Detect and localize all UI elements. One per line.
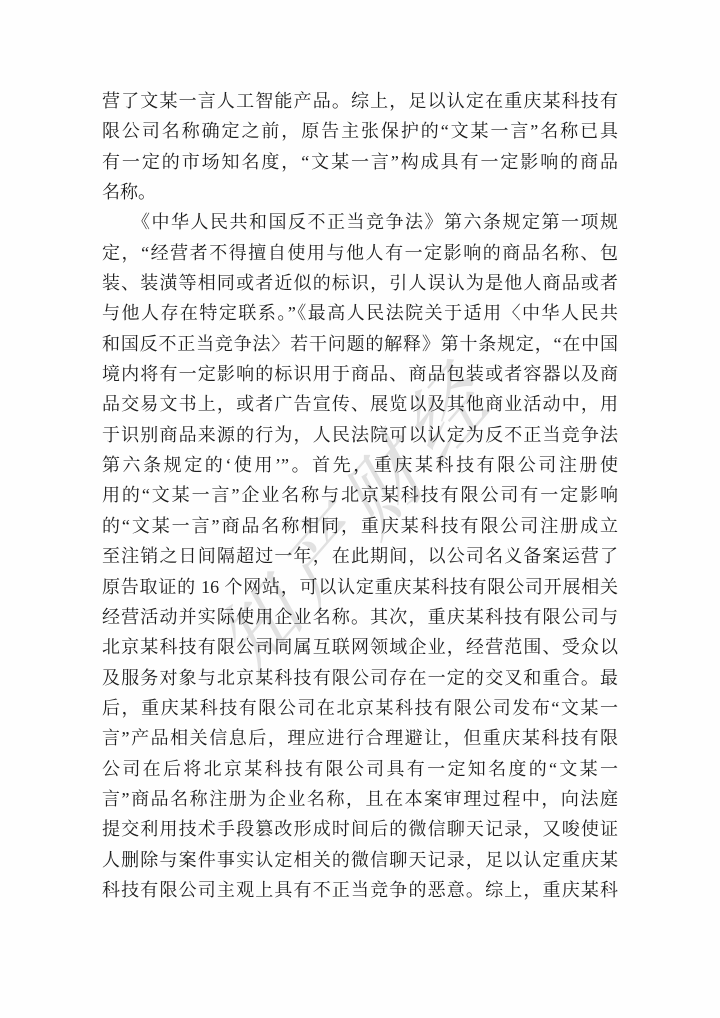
- document-body-text: 营了文某一言人工智能产品。综上，足以认定在重庆某科技有限公司名称确定之前，原告主…: [102, 86, 618, 905]
- text-line: 限公司名称确定之前，原告主张保护的“文某一言”名称已具: [102, 116, 618, 146]
- text-line: 《中华人民共和国反不正当竞争法》第六条规定第一项规: [102, 207, 618, 237]
- text-line: 第六条规定的‘使用’”。首先，重庆某科技有限公司注册使: [102, 450, 618, 480]
- text-line: 至注销之日间隔超过一年，在此期间，以公司名义备案运营了: [102, 541, 618, 571]
- text-line: 言”产品相关信息后，理应进行合理避让，但重庆某科技有限: [102, 723, 618, 753]
- text-line: 北京某科技有限公司同属互联网领域企业，经营范围、受众以: [102, 632, 618, 662]
- text-line: 原告取证的 16 个网站，可以认定重庆某科技有限公司开展相关: [102, 572, 618, 602]
- text-line: 经营活动并实际使用企业名称。其次，重庆某科技有限公司与: [102, 602, 618, 632]
- text-line: 后，重庆某科技有限公司在北京某科技有限公司发布“文某一: [102, 693, 618, 723]
- text-line: 及服务对象与北京某科技有限公司存在一定的交叉和重合。最: [102, 663, 618, 693]
- text-line: 提交利用技术手段篡改形成时间后的微信聊天记录，又唆使证: [102, 814, 618, 844]
- text-line: 科技有限公司主观上具有不正当竞争的恶意。综上，重庆某科: [102, 875, 618, 905]
- text-line: 与他人存在特定联系。”《最高人民法院关于适用〈中华人民共: [102, 298, 618, 328]
- document-page: 知产财经 营了文某一言人工智能产品。综上，足以认定在重庆某科技有限公司名称确定之…: [0, 0, 720, 1018]
- text-line: 营了文某一言人工智能产品。综上，足以认定在重庆某科技有: [102, 86, 618, 116]
- text-line: 公司在后将北京某科技有限公司具有一定知名度的“文某一: [102, 754, 618, 784]
- text-line: 定，“经营者不得擅自使用与他人有一定影响的商品名称、包: [102, 238, 618, 268]
- text-line: 名称。: [102, 177, 618, 207]
- text-line: 境内将有一定影响的标识用于商品、商品包装或者容器以及商: [102, 359, 618, 389]
- text-line: 和国反不正当竞争法〉若干问题的解释》第十条规定，“在中国: [102, 329, 618, 359]
- text-line: 的“文某一言”商品名称相同，重庆某科技有限公司注册成立: [102, 511, 618, 541]
- text-line: 品交易文书上，或者广告宣传、展览以及其他商业活动中，用: [102, 389, 618, 419]
- text-line: 有一定的市场知名度，“文某一言”构成具有一定影响的商品: [102, 147, 618, 177]
- text-line: 用的“文某一言”企业名称与北京某科技有限公司有一定影响: [102, 480, 618, 510]
- text-line: 于识别商品来源的行为，人民法院可以认定为反不正当竞争法: [102, 420, 618, 450]
- text-line: 言”商品名称注册为企业名称，且在本案审理过程中，向法庭: [102, 784, 618, 814]
- text-line: 人删除与案件事实认定相关的微信聊天记录，足以认定重庆某: [102, 845, 618, 875]
- text-line: 装、装潢等相同或者近似的标识，引人误认为是他人商品或者: [102, 268, 618, 298]
